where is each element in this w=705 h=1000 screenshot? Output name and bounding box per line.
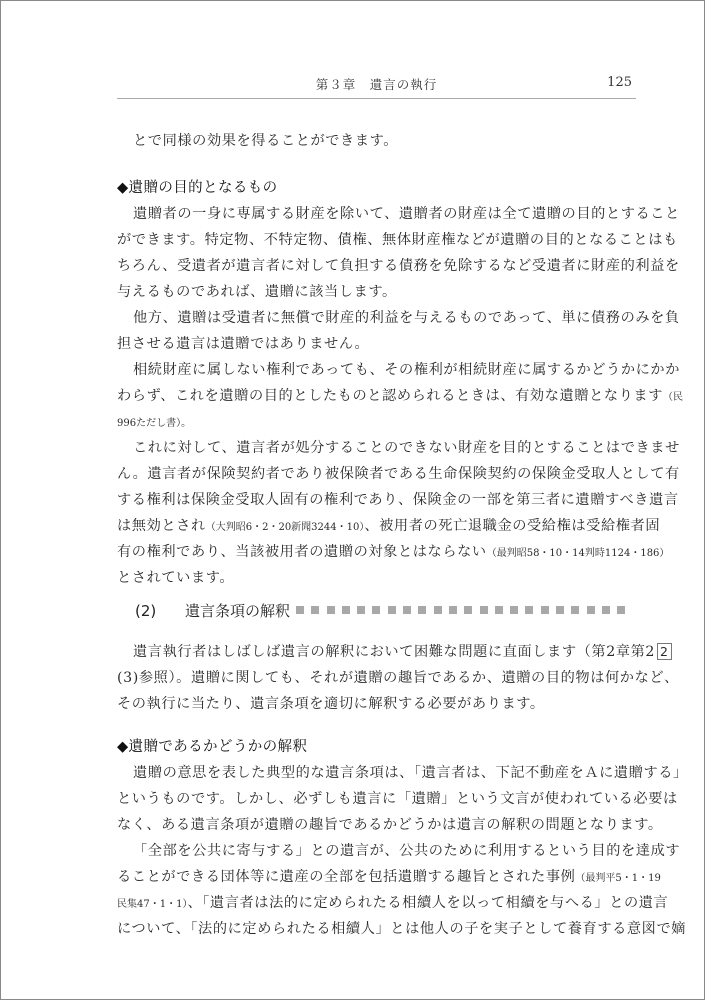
square-ornament bbox=[327, 606, 335, 614]
subsection-title: 遺言条項の解釈 bbox=[185, 602, 290, 620]
body-line: ん。遺言者が保険契約者であり被保険者である生命保険契約の保険金受取人として有 bbox=[117, 464, 634, 484]
body-line: ることができる団体等に遺産の全部を包括遺贈する趣旨とされた事例（最判平5・1・1… bbox=[117, 867, 634, 887]
page-number: 125 bbox=[607, 75, 632, 90]
square-ornament bbox=[418, 606, 426, 614]
body-line: その執行に当たり、遺言条項を適切に解釈する必要があります。 bbox=[117, 694, 634, 714]
square-ornament bbox=[541, 606, 549, 614]
square-ornament bbox=[464, 606, 472, 614]
body-line: というものです。しかし、必ずしも遺言に「遺贈」という文言が使われている必要は bbox=[117, 789, 634, 809]
body-line: 相続財産に属しない権利であっても、その権利が相続財産に属するかどうかにかか bbox=[117, 360, 634, 380]
body-line: とされています。 bbox=[117, 568, 634, 588]
body-line: 民集47・1・1）、「遺言者は法的に定められたる相續人を以って相續を与へる」との… bbox=[117, 893, 634, 913]
body-line: 有の権利であり、当該被用者の遺贈の対象とはならない（最判昭58・10・14判時1… bbox=[117, 542, 634, 562]
square-ornament bbox=[556, 606, 564, 614]
square-ornament bbox=[311, 606, 319, 614]
document-page: 第３章 遺言の執行 125 とで同様の効果を得ることができます。 ◆遺贈の目的と… bbox=[0, 0, 705, 1000]
body-line: なく、ある遺言条項が遺贈の趣旨であるかどうかは遺言の解釈の問題となります。 bbox=[117, 815, 634, 835]
body-line: (3)参照）。遺贈に関しても、それが遺贈の趣旨であるか、遺贈の目的物は何かなど、 bbox=[117, 668, 634, 688]
line-text: わらず、これを遺贈の目的としたものと認められるときは、有効な遺贈となります bbox=[117, 388, 663, 404]
square-ornament bbox=[510, 606, 518, 614]
square-ornament bbox=[480, 606, 488, 614]
line-text: 遺言執行者はしばしば遺言の解釈において困難な問題に直面します（第2章第2 bbox=[133, 644, 655, 660]
heading-square-rule bbox=[296, 606, 636, 616]
square-ornament bbox=[372, 606, 380, 614]
line-text: 、「遺言者は法的に定められたる相續人を以って相續を与へる」との遺言 bbox=[187, 895, 668, 911]
body-line: ができます。特定物、不特定物、債権、無体財産権などが遺贈の目的となることはも bbox=[117, 230, 634, 250]
section-heading-gift-object: ◆遺贈の目的となるもの bbox=[117, 178, 278, 198]
subsection-number: (2) bbox=[135, 601, 185, 621]
square-ornament bbox=[296, 606, 304, 614]
body-line: ちろん、受遺者が遺言者に対して負担する債務を免除するなど受遺者に財産的利益を bbox=[117, 256, 634, 276]
square-ornament bbox=[357, 606, 365, 614]
body-line: これに対して、遺言者が処分することのできない財産を目的とすることはできませ bbox=[117, 438, 634, 458]
section-heading-gift-interpretation: ◆遺贈であるかどうかの解釈 bbox=[117, 737, 307, 757]
line-text: ることができる団体等に遺産の全部を包括遺贈する趣旨とされた事例 bbox=[117, 869, 575, 885]
square-ornament bbox=[571, 606, 579, 614]
body-line: は無効とされ（大判昭6・2・20新聞3244・10）、被用者の死亡退職金の受給権… bbox=[117, 516, 634, 536]
citation: （最判平5・1・19 bbox=[575, 873, 660, 884]
body-line: 996ただし書）。 bbox=[117, 412, 634, 432]
square-ornament bbox=[434, 606, 442, 614]
citation: 民集47・1・1） bbox=[117, 899, 187, 910]
body-line: とで同様の効果を得ることができます。 bbox=[117, 131, 634, 151]
line-text: 、被用者の死亡退職金の受給権は受給権者固 bbox=[364, 518, 660, 534]
body-line: 遺言執行者はしばしば遺言の解釈において困難な問題に直面します（第2章第22 bbox=[117, 642, 634, 662]
body-line: 他方、遺贈は受遺者に無償で財産的利益を与えるものであって、単に債務のみを負 bbox=[117, 308, 634, 328]
line-text: は無効とされ bbox=[117, 518, 206, 534]
citation: （大判昭6・2・20新聞3244・10） bbox=[206, 522, 365, 533]
body-line: わらず、これを遺贈の目的としたものと認められるときは、有効な遺贈となります（民 bbox=[117, 386, 634, 406]
square-ornament bbox=[449, 606, 457, 614]
square-ornament bbox=[602, 606, 610, 614]
square-ornament bbox=[495, 606, 503, 614]
body-line: 与えるものであれば、遺贈に該当します。 bbox=[117, 282, 634, 302]
citation: （民 bbox=[663, 392, 683, 403]
square-ornament bbox=[587, 606, 595, 614]
boxed-reference: 2 bbox=[657, 643, 672, 660]
running-header-chapter: 第３章 遺言の執行 bbox=[117, 75, 636, 93]
body-line: 遺贈の意思を表した典型的な遺言条項は、「遺言者は、下記不動産をＡに遺贈する」 bbox=[117, 763, 634, 783]
square-ornament bbox=[342, 606, 350, 614]
body-line: 遺贈者の一身に専属する財産を除いて、遺贈者の財産は全て遺贈の目的とすること bbox=[117, 204, 634, 224]
square-ornament bbox=[388, 606, 396, 614]
square-ornament bbox=[617, 606, 625, 614]
body-line: 担させる遺言は遺贈ではありません。 bbox=[117, 334, 634, 354]
body-line: する権利は保険金受取人固有の権利であり、保険金の一部を第三者に遺贈すべき遺言 bbox=[117, 490, 634, 510]
citation: （最判昭58・10・14判時1124・186） bbox=[487, 548, 670, 559]
subsection-heading: (2)遺言条項の解釈 bbox=[135, 601, 290, 621]
body-line: について、「法的に定められたる相續人」とは他人の子を実子として養育する意図で嫡 bbox=[117, 919, 634, 939]
citation: 996ただし書）。 bbox=[117, 418, 191, 429]
square-ornament bbox=[403, 606, 411, 614]
body-line: 「全部を公共に寄与する」との遺言が、公共のために利用するという目的を達成す bbox=[117, 841, 634, 861]
header-rule bbox=[117, 98, 636, 99]
line-text: 有の権利であり、当該被用者の遺贈の対象とはならない bbox=[117, 544, 487, 560]
square-ornament bbox=[525, 606, 533, 614]
